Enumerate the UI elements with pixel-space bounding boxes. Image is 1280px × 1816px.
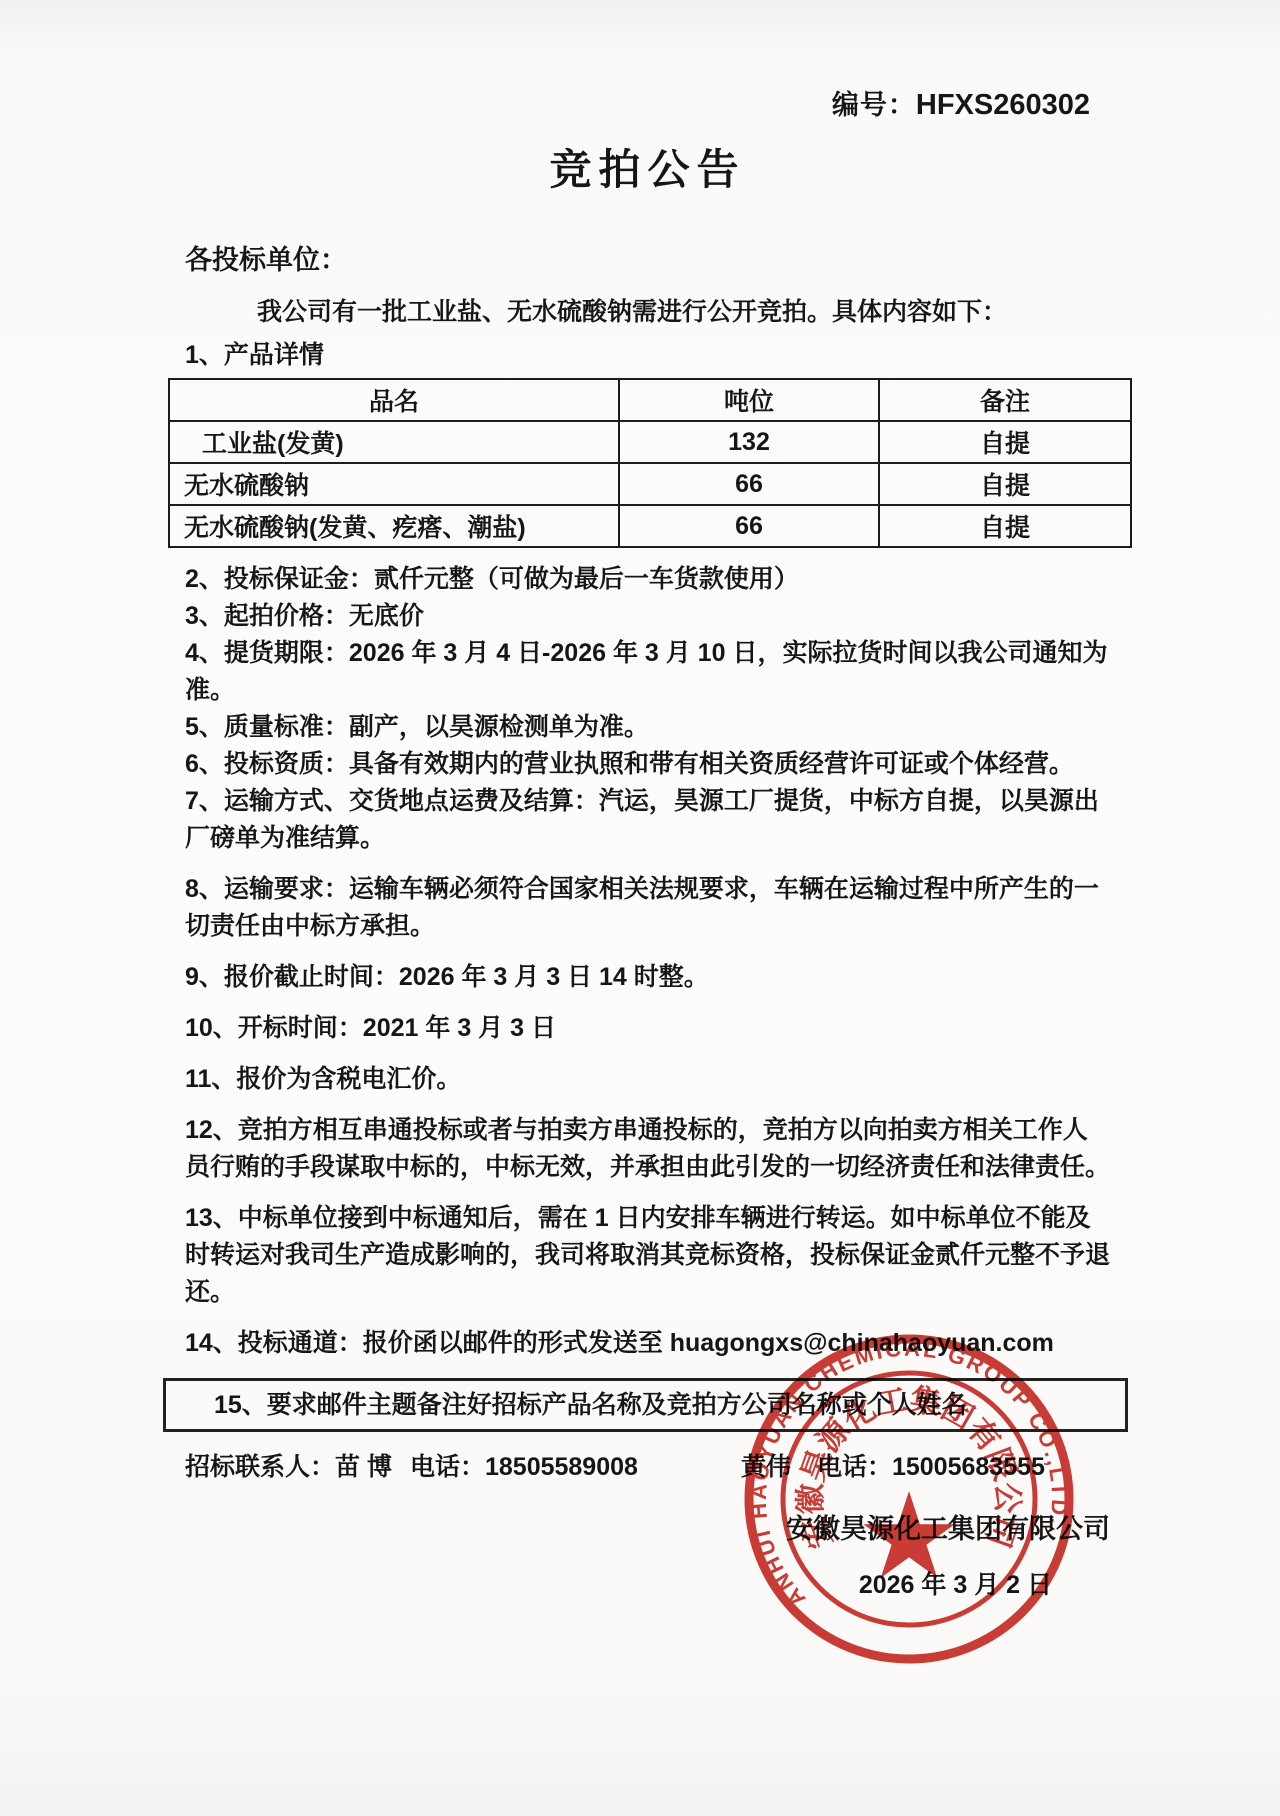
doc-number-value: HFXS260302: [916, 89, 1090, 121]
table-header-tonnage: 吨位: [619, 379, 879, 421]
table-cell-tonnage: 66: [619, 505, 879, 547]
contact-name: 苗 博: [335, 1453, 392, 1481]
clause-4: 4、提货期限：2026 年 3 月 4 日-2026 年 3 月 10 日，实际…: [185, 635, 1110, 709]
clause-12: 12、竞拍方相互串通投标或者与拍卖方串通投标的，竞拍方以向拍卖方相关工作人员行贿…: [185, 1112, 1110, 1186]
table-row: 无水硫酸钠(发黄、疙瘩、潮盐) 66 自提: [169, 505, 1131, 547]
products-table: 品名 吨位 备注 工业盐(发黄) 132 自提 无水硫酸钠 66 自提 无水硫酸…: [168, 378, 1132, 548]
clause-10: 10、开标时间：2021 年 3 月 3 日: [185, 1010, 1110, 1047]
clause-8: 8、运输要求：运输车辆必须符合国家相关法规要求，车辆在运输过程中所产生的一切责任…: [185, 871, 1110, 945]
table-cell-remark: 自提: [879, 505, 1131, 547]
contact-secondary: 黄伟电话：15005683555: [741, 1452, 1045, 1482]
email-subject-notice-box: 15、要求邮件主题备注好招标产品名称及竞拍方公司名称或个人姓名: [163, 1378, 1128, 1432]
contact-line: 招标联系人：苗 博电话：18505589008 黄伟电话：15005683555: [185, 1452, 1110, 1482]
table-cell-tonnage: 132: [619, 421, 879, 463]
table-cell-tonnage: 66: [619, 463, 879, 505]
doc-number-line: 编号：HFXS260302: [185, 0, 1110, 120]
contact-phone: 15005683555: [892, 1453, 1045, 1481]
clause-6: 6、投标资质：具备有效期内的营业执照和带有相关资质经营许可证或个体经营。: [185, 746, 1110, 783]
table-header-remark: 备注: [879, 379, 1131, 421]
issue-date: 2026 年 3 月 2 日: [185, 1570, 1110, 1600]
phone-label: 电话：: [410, 1453, 485, 1481]
table-header-name: 品名: [169, 379, 619, 421]
table-cell-name: 无水硫酸钠(发黄、疙瘩、潮盐): [169, 505, 619, 547]
table-row: 无水硫酸钠 66 自提: [169, 463, 1131, 505]
clause-14: 14、投标通道：报价函以邮件的形式发送至 huagongxs@chinahaoy…: [185, 1325, 1110, 1362]
contact-primary: 招标联系人：苗 博电话：18505589008: [185, 1452, 638, 1482]
table-cell-remark: 自提: [879, 463, 1131, 505]
company-name: 安徽昊源化工集团有限公司: [185, 1514, 1110, 1544]
contact-phone: 18505589008: [485, 1453, 638, 1481]
intro-paragraph: 我公司有一批工业盐、无水硫酸钠需进行公开竞拍。具体内容如下：: [185, 297, 1110, 327]
doc-number-label: 编号：: [832, 90, 916, 120]
table-row: 工业盐(发黄) 132 自提: [169, 421, 1131, 463]
clause-2: 2、投标保证金：贰仟元整（可做为最后一车货款使用）: [185, 561, 1110, 598]
table-cell-remark: 自提: [879, 421, 1131, 463]
clause-11: 11、报价为含税电汇价。: [185, 1061, 1110, 1098]
table-cell-name: 工业盐(发黄): [169, 421, 619, 463]
document-page: 编号：HFXS260302 竞拍公告 各投标单位： 我公司有一批工业盐、无水硫酸…: [0, 0, 1280, 1816]
page-title: 竞拍公告: [185, 146, 1110, 194]
contact-name: 黄伟: [741, 1453, 791, 1481]
clause-list: 2、投标保证金：贰仟元整（可做为最后一车货款使用） 3、起拍价格：无底价 4、提…: [185, 561, 1110, 1362]
phone-label: 电话：: [817, 1453, 892, 1481]
salutation: 各投标单位：: [185, 244, 1110, 276]
clause-9: 9、报价截止时间：2026 年 3 月 3 日 14 时整。: [185, 959, 1110, 996]
clause-5: 5、质量标准：副产，以昊源检测单为准。: [185, 709, 1110, 746]
table-header-row: 品名 吨位 备注: [169, 379, 1131, 421]
clause-3: 3、起拍价格：无底价: [185, 598, 1110, 635]
section1-heading: 1、产品详情: [185, 340, 1110, 370]
contact-label: 招标联系人：: [185, 1453, 335, 1481]
clause-13: 13、中标单位接到中标通知后，需在 1 日内安排车辆进行转运。如中标单位不能及时…: [185, 1200, 1110, 1311]
table-cell-name: 无水硫酸钠: [169, 463, 619, 505]
clause-7: 7、运输方式、交货地点运费及结算：汽运，昊源工厂提货，中标方自提，以昊源出厂磅单…: [185, 783, 1110, 857]
